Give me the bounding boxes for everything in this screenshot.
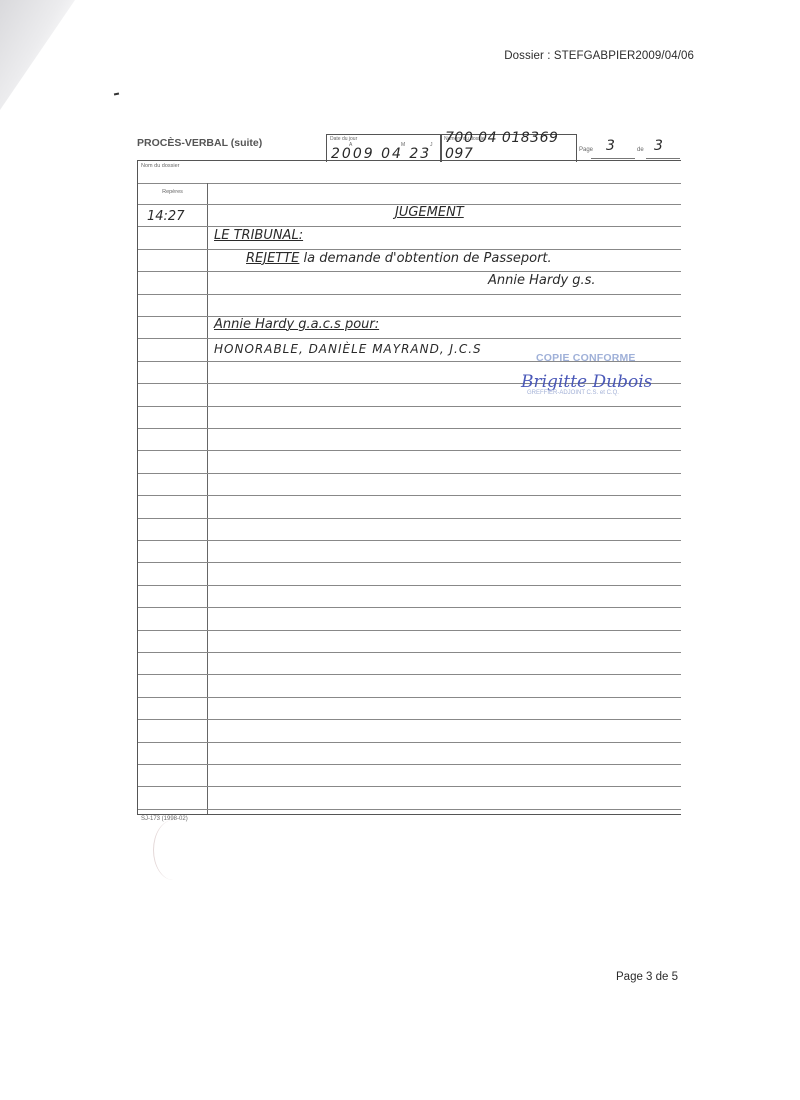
of-label: de xyxy=(637,147,644,153)
entry-ruling: REJETTE la demande d'obtention de Passep… xyxy=(246,251,552,266)
stamp-subtitle: GREFFIER-ADJOINT C.S. et C.Q. xyxy=(527,390,619,396)
ruled-line xyxy=(138,809,681,810)
scan-speck xyxy=(114,93,119,96)
ruled-line xyxy=(138,518,681,519)
page-indicator: Page 3 de 5 xyxy=(616,971,678,983)
ruled-line xyxy=(138,585,681,586)
entry-judge: HONORABLE, DANIÈLE MAYRAND, J.C.S xyxy=(214,342,482,356)
proces-verbal-form: Nom du dossier Repères 14:27 JUGEMENT LE… xyxy=(137,160,681,815)
page-label: Page xyxy=(579,147,593,153)
entry-ruling-rest: la demande d'obtention de Passeport. xyxy=(304,251,552,266)
ruled-line xyxy=(138,719,681,720)
nom-dossier-divider xyxy=(138,183,681,184)
pencil-mark xyxy=(153,820,194,880)
entry-tribunal: LE TRIBUNAL: xyxy=(214,228,303,243)
page-value: 3 xyxy=(606,138,615,154)
dossier-number-value: 700 04 018369 097 xyxy=(445,130,576,162)
ruled-line xyxy=(138,271,681,272)
entry-heading: JUGEMENT xyxy=(395,205,464,220)
ruled-line xyxy=(138,630,681,631)
form-title: PROCÈS-VERBAL (suite) xyxy=(137,137,262,149)
ruled-line xyxy=(138,495,681,496)
scanned-page-curl xyxy=(0,0,75,110)
ruled-line xyxy=(138,540,681,541)
ruled-line xyxy=(138,742,681,743)
nom-dossier-label: Nom du dossier xyxy=(141,163,180,169)
ruled-line xyxy=(138,697,681,698)
page-line xyxy=(591,158,635,159)
ruled-line xyxy=(138,652,681,653)
entry-signature-line: Annie Hardy g.a.c.s pour: xyxy=(214,317,379,332)
entry-time: 14:27 xyxy=(147,209,184,224)
ruled-line xyxy=(138,562,681,563)
date-box: Date du jour A M J 2009 04 23 xyxy=(326,134,442,162)
ruled-line xyxy=(138,428,681,429)
stamp-signature: Brigitte Dubois xyxy=(521,372,652,392)
ruled-line xyxy=(138,607,681,608)
of-value: 3 xyxy=(654,138,663,154)
ruled-line xyxy=(138,450,681,451)
dossier-number-box: Numéro du dossier 700 04 018369 097 xyxy=(440,134,577,162)
of-line xyxy=(646,158,680,159)
ruled-line xyxy=(138,786,681,787)
entry-ruling-verb: REJETTE xyxy=(246,251,299,266)
ruled-line xyxy=(138,473,681,474)
ruled-line xyxy=(138,764,681,765)
ruled-line xyxy=(138,406,681,407)
entry-initials: Annie Hardy g.s. xyxy=(488,273,596,288)
date-label: Date du jour xyxy=(330,136,357,142)
ruled-line xyxy=(138,249,681,250)
dossier-header: Dossier : STEFGABPIER2009/04/06 xyxy=(504,50,694,62)
ruled-line xyxy=(138,294,681,295)
ruled-line xyxy=(138,674,681,675)
ruled-line xyxy=(138,338,681,339)
reperes-label: Repères xyxy=(138,189,207,195)
stamp-copie-conforme: COPIE CONFORME xyxy=(536,352,636,364)
